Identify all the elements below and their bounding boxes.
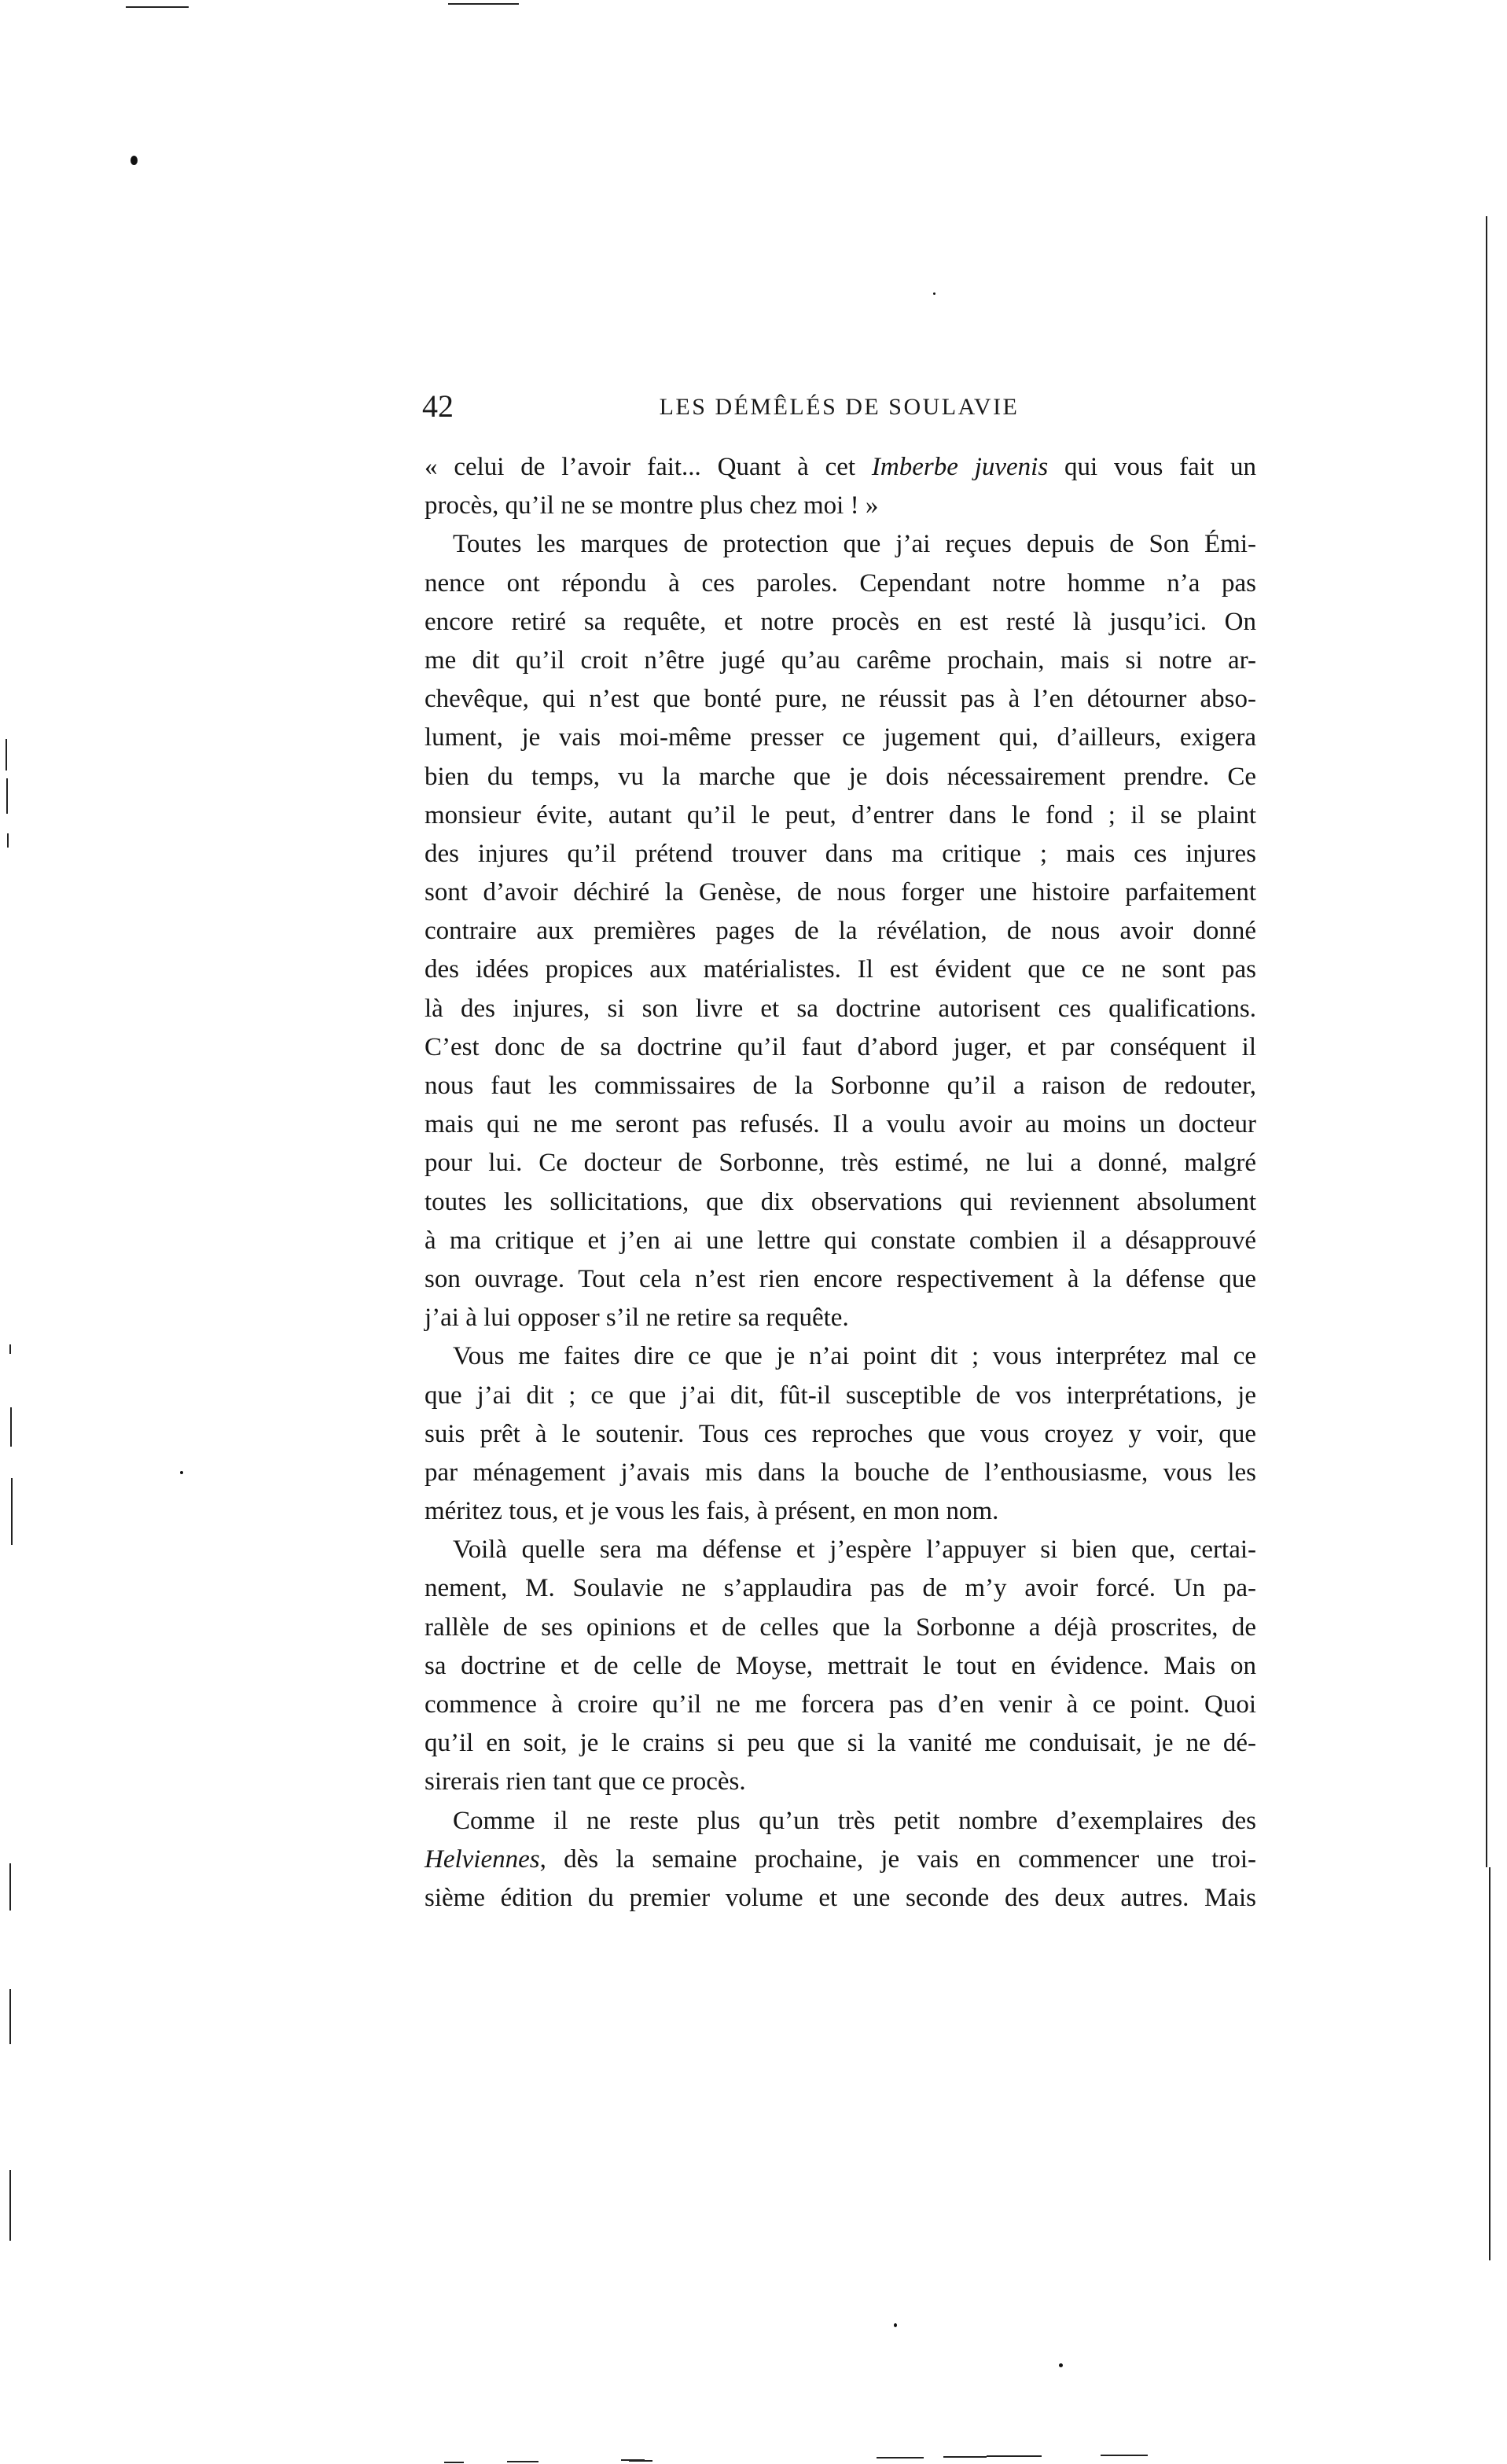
text-run: encore retiré sa requête, et notre procè… (425, 608, 1256, 636)
text-line: Toutes les marques de protection que j’a… (425, 525, 1256, 564)
text-line: encore retiré sa requête, et notre procè… (425, 603, 1256, 642)
scan-top-edge (126, 6, 189, 8)
paragraph: Voilà quelle sera ma défense et j’espère… (425, 1531, 1256, 1801)
text-line: sième édition du premier volume et une s… (425, 1879, 1256, 1918)
text-run: nement, M. Soulavie ne s’applaudira pas … (425, 1574, 1256, 1602)
paragraph: Vous me faites dire ce que je n’ai point… (425, 1337, 1256, 1531)
scan-bottom-edge (1101, 2455, 1148, 2456)
italic-text: Imberbe juvenis (872, 453, 1048, 481)
text-run: Comme il ne reste plus qu’un très petit … (453, 1807, 1256, 1835)
text-line: j’ai à lui opposer s’il ne retire sa req… (425, 1299, 1256, 1337)
scan-bottom-edge (444, 2462, 464, 2463)
text-line: là des injures, si son livre et sa doctr… (425, 990, 1256, 1028)
text-run: Voilà quelle sera ma défense et j’espère… (453, 1535, 1256, 1564)
text-line: rallèle de ses opinions et de celles que… (425, 1609, 1256, 1647)
text-line: commence à croire qu’il ne me forcera pa… (425, 1686, 1256, 1724)
scan-bottom-edge (507, 2461, 538, 2462)
scan-top-edge (448, 3, 519, 5)
text-run: Toutes les marques de protection que j’a… (453, 530, 1256, 558)
scan-edge-line-left (7, 833, 9, 848)
text-run: par ménagement j’avais mis dans la bouch… (425, 1458, 1256, 1487)
scan-bottom-edge (621, 2459, 645, 2461)
text-run: nence ont répondu à ces paroles. Cependa… (425, 569, 1256, 598)
text-run: , dès la semaine prochaine, je vais en c… (540, 1845, 1256, 1874)
text-line: mais qui ne me seront pas refusés. Il a … (425, 1105, 1256, 1144)
text-run: sirerais rien tant que ce procès. (425, 1767, 746, 1796)
text-run: que j’ai dit ; ce que j’ai dit, fût-il s… (425, 1381, 1256, 1410)
text-run: des injures qu’il prétend trouver dans m… (425, 840, 1256, 868)
text-run: sième édition du premier volume et une s… (425, 1884, 1256, 1912)
text-line: nence ont répondu à ces paroles. Cependa… (425, 565, 1256, 603)
text-run: bien du temps, vu la marche que je dois … (425, 763, 1256, 791)
scan-speck (130, 156, 138, 165)
text-run: procès, qu’il ne se montre plus chez moi… (425, 491, 878, 520)
scan-edge-line-right (1489, 1867, 1490, 2260)
text-run: des idées propices aux matérialistes. Il… (425, 955, 1256, 984)
text-line: qu’il en soit, je le crains si peu que s… (425, 1724, 1256, 1763)
scan-edge-line-left (9, 2170, 11, 2241)
text-line: son ouvrage. Tout cela n’est rien encore… (425, 1260, 1256, 1299)
text-run: nous faut les commissaires de la Sorbonn… (425, 1072, 1256, 1100)
text-run: mais qui ne me seront pas refusés. Il a … (425, 1110, 1256, 1138)
text-run: son ouvrage. Tout cela n’est rien encore… (425, 1265, 1256, 1293)
text-run: toutes les sollicitations, que dix obser… (425, 1188, 1256, 1216)
scan-edge-line-left (9, 1344, 11, 1354)
text-line: me dit qu’il croit n’être jugé qu’au car… (425, 642, 1256, 680)
text-run: chevêque, qui n’est que bonté pure, ne r… (425, 685, 1256, 713)
scan-edge-line-left (9, 1863, 11, 1911)
text-line: lument, je vais moi-même presser ce juge… (425, 719, 1256, 757)
text-run: qui vous fait un (1048, 453, 1256, 481)
text-line: Comme il ne reste plus qu’un très petit … (425, 1802, 1256, 1841)
text-line: Helviennes, dès la semaine prochaine, je… (425, 1841, 1256, 1879)
body-text: « celui de l’avoir fait... Quant à cet I… (425, 448, 1256, 1918)
scan-edge-line-left (6, 778, 8, 814)
text-line: bien du temps, vu la marche que je dois … (425, 758, 1256, 796)
text-line: sa doctrine et de celle de Moyse, mettra… (425, 1647, 1256, 1686)
text-run: qu’il en soit, je le crains si peu que s… (425, 1729, 1256, 1757)
text-line: pour lui. Ce docteur de Sorbonne, très e… (425, 1144, 1256, 1182)
text-line: nous faut les commissaires de la Sorbonn… (425, 1067, 1256, 1105)
text-run: à ma critique et j’en ai une lettre qui … (425, 1226, 1256, 1255)
paragraph: « celui de l’avoir fait... Quant à cet I… (425, 448, 1256, 525)
text-run: commence à croire qu’il ne me forcera pa… (425, 1690, 1256, 1719)
italic-text: Helviennes (425, 1845, 540, 1874)
text-line: procès, qu’il ne se montre plus chez moi… (425, 487, 1256, 525)
text-line: Vous me faites dire ce que je n’ai point… (425, 1337, 1256, 1376)
scan-bottom-edge (877, 2457, 924, 2458)
text-line: que j’ai dit ; ce que j’ai dit, fût-il s… (425, 1377, 1256, 1415)
scanned-book-page: 42 LES DÉMÊLÉS DE SOULAVIE « celui de l’… (0, 0, 1507, 2464)
text-line: suis prêt à le soutenir. Tous ces reproc… (425, 1415, 1256, 1454)
text-line: des idées propices aux matérialistes. Il… (425, 951, 1256, 989)
text-run: Vous me faites dire ce que je n’ai point… (453, 1342, 1256, 1370)
running-title: LES DÉMÊLÉS DE SOULAVIE (422, 390, 1256, 425)
text-run: sa doctrine et de celle de Moyse, mettra… (425, 1652, 1256, 1680)
paragraph: Toutes les marques de protection que j’a… (425, 525, 1256, 1337)
text-run: rallèle de ses opinions et de celles que… (425, 1613, 1256, 1642)
text-run: monsieur évite, autant qu’il le peut, d’… (425, 801, 1256, 829)
scan-edge-line-right (1486, 216, 1487, 1867)
paragraph: Comme il ne reste plus qu’un très petit … (425, 1802, 1256, 1918)
running-head: 42 LES DÉMÊLÉS DE SOULAVIE (422, 387, 1256, 426)
scan-speck (933, 292, 935, 295)
text-run: C’est donc de sa doctrine qu’il faut d’a… (425, 1033, 1256, 1061)
text-run: « celui de l’avoir fait... Quant à cet (425, 453, 872, 481)
text-run: me dit qu’il croit n’être jugé qu’au car… (425, 646, 1256, 675)
scan-edge-line-left (11, 1478, 13, 1545)
text-line: toutes les sollicitations, que dix obser… (425, 1183, 1256, 1222)
text-line: des injures qu’il prétend trouver dans m… (425, 835, 1256, 873)
scan-speck (894, 2323, 897, 2327)
text-line: monsieur évite, autant qu’il le peut, d’… (425, 796, 1256, 835)
text-line: chevêque, qui n’est que bonté pure, ne r… (425, 680, 1256, 719)
text-line: sirerais rien tant que ce procès. (425, 1763, 1256, 1801)
text-line: « celui de l’avoir fait... Quant à cet I… (425, 448, 1256, 487)
text-run: lument, je vais moi-même presser ce juge… (425, 723, 1256, 752)
text-run: pour lui. Ce docteur de Sorbonne, très e… (425, 1149, 1256, 1177)
text-run: j’ai à lui opposer s’il ne retire sa req… (425, 1304, 849, 1332)
scan-edge-line-left (10, 1407, 12, 1447)
text-run: contraire aux premières pages de la révé… (425, 917, 1256, 945)
text-line: à ma critique et j’en ai une lettre qui … (425, 1222, 1256, 1260)
text-line: C’est donc de sa doctrine qu’il faut d’a… (425, 1028, 1256, 1067)
text-line: Voilà quelle sera ma défense et j’espère… (425, 1531, 1256, 1569)
text-run: suis prêt à le soutenir. Tous ces reproc… (425, 1420, 1256, 1448)
scan-edge-line-left (9, 1989, 11, 2044)
text-run: là des injures, si son livre et sa doctr… (425, 995, 1256, 1023)
text-line: contraire aux premières pages de la révé… (425, 912, 1256, 951)
scan-speck (1059, 2363, 1063, 2367)
scan-speck (180, 1471, 183, 1474)
text-line: nement, M. Soulavie ne s’applaudira pas … (425, 1569, 1256, 1608)
text-line: par ménagement j’avais mis dans la bouch… (425, 1454, 1256, 1492)
text-run: sont d’avoir déchiré la Genèse, de nous … (425, 878, 1256, 907)
text-line: sont d’avoir déchiré la Genèse, de nous … (425, 873, 1256, 912)
text-run: méritez tous, et je vous les fais, à pré… (425, 1497, 998, 1525)
scan-bottom-edge (943, 2456, 987, 2458)
scan-bottom-edge (987, 2455, 1042, 2457)
text-line: méritez tous, et je vous les fais, à pré… (425, 1492, 1256, 1531)
scan-edge-line-left (6, 739, 7, 770)
